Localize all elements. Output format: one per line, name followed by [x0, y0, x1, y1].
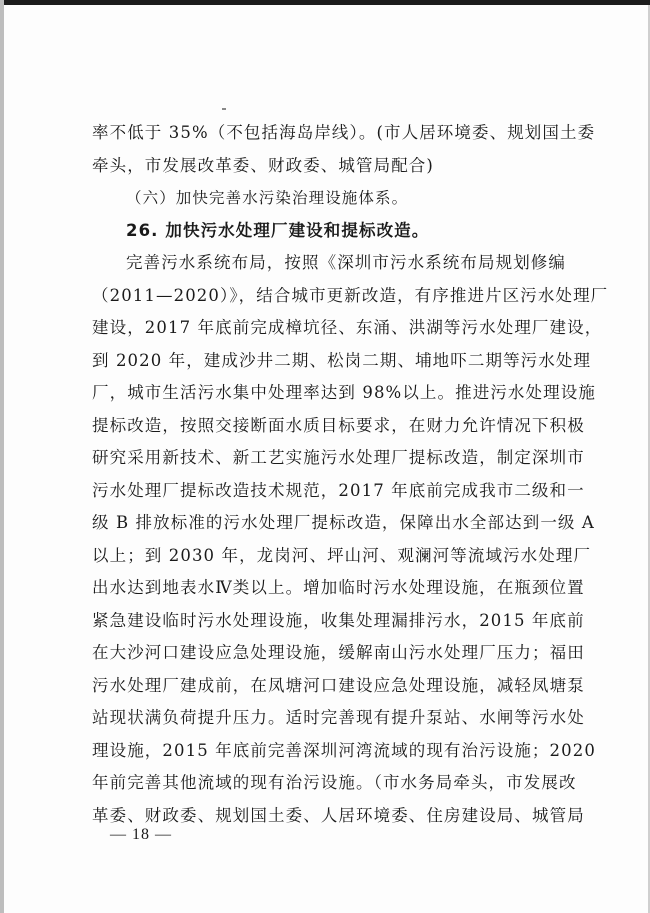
text-line: 厂，城市生活污水集中处理率达到 98%以上。推进污水处理设施	[92, 377, 582, 410]
text-line: 在大沙河口建设应急处理设施，缓解南山污水处理厂压力；福田	[92, 637, 582, 670]
body-text: 率不低于 35%（不包括海岛岸线）。(市人居环境委、规划国土委 牵头，市发展改革…	[92, 117, 582, 832]
text-line: 出水达到地表水Ⅳ类以上。增加临时污水处理设施，在瓶颈位置	[92, 572, 582, 605]
text-line: 站现状满负荷提升压力。适时完善现有提升泵站、水闸等污水处	[92, 702, 582, 735]
scan-top-edge	[4, 0, 650, 5]
text-line: 污水处理厂提标改造技术规范，2017 年底前完成我市二级和一	[92, 475, 582, 508]
text-line: （2011—2020）》，结合城市更新改造，有序推进片区污水处理厂	[92, 280, 582, 313]
text-line: 以上；到 2030 年，龙岗河、坪山河、观澜河等流域污水处理厂	[92, 540, 582, 573]
document-page: 率不低于 35%（不包括海岛岸线）。(市人居环境委、规划国土委 牵头，市发展改革…	[0, 0, 650, 913]
text-line: 建设，2017 年底前完成樟坑径、东涌、洪湖等污水处理厂建设，	[92, 312, 582, 345]
item-heading: 26. 加快污水处理厂建设和提标改造。	[92, 215, 582, 248]
text-line: 紧急建设临时污水处理设施，收集处理漏排污水，2015 年底前	[92, 605, 582, 638]
text-line: 提标改造，按照交接断面水质目标要求，在财力允许情况下积极	[92, 410, 582, 443]
text-line: 级 B 排放标准的污水处理厂提标改造，保障出水全部达到一级 A	[92, 507, 582, 540]
text-line: 理设施，2015 年底前完善深圳河湾流域的现有治污设施；2020	[92, 735, 582, 768]
page-number: — 18 —	[110, 826, 172, 844]
section-subheading: （六）加快完善水污染治理设施体系。	[92, 182, 582, 215]
text-line: 率不低于 35%（不包括海岛岸线）。(市人居环境委、规划国土委	[92, 117, 582, 150]
text-line: 牵头，市发展改革委、财政委、城管局配合)	[92, 150, 582, 183]
text-line: 到 2020 年，建成沙井二期、松岗二期、埔地吓二期等污水处理	[92, 345, 582, 378]
text-line: 研究采用新技术、新工艺实施污水处理厂提标改造，制定深圳市	[92, 442, 582, 475]
text-line: 污水处理厂建成前，在凤塘河口建设应急处理设施，减轻凤塘泵	[92, 670, 582, 703]
scan-speck	[222, 108, 226, 110]
paragraph-first-line: 完善污水系统布局，按照《深圳市污水系统布局规划修编	[92, 247, 582, 280]
text-line: 年前完善其他流域的现有治污设施。（市水务局牵头，市发展改	[92, 767, 582, 800]
